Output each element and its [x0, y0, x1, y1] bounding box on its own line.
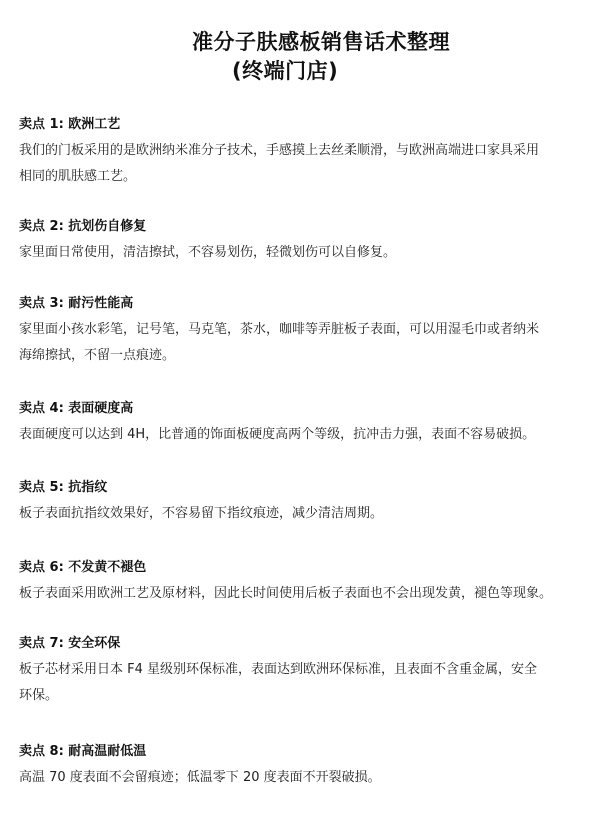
body-line: 我们的门板采用的是欧洲纳米准分子技术，手感摸上去丝柔顺滑，与欧洲高端进口家具采用	[19, 138, 599, 164]
selling-point-4: 卖点 4: 表面硬度高 表面硬度可以达到 4H，比普通的饰面板硬度高两个等级，抗…	[19, 398, 599, 448]
selling-point-body: 板子芯材采用日本 F4 星级别环保标准，表面达到欧洲环保标准，且表面不含重金属，…	[19, 657, 599, 709]
selling-point-heading: 卖点 8: 耐高温耐低温	[19, 741, 599, 763]
selling-point-body: 我们的门板采用的是欧洲纳米准分子技术，手感摸上去丝柔顺滑，与欧洲高端进口家具采用…	[19, 138, 599, 190]
body-line: 相同的肌肤感工艺。	[19, 164, 599, 190]
body-line: 海绵擦拭，不留一点痕迹。	[19, 343, 599, 369]
selling-point-body: 板子表面抗指纹效果好，不容易留下指纹痕迹，减少清洁周期。	[19, 501, 599, 527]
selling-point-heading: 卖点 7: 安全环保	[19, 633, 599, 655]
body-line: 环保。	[19, 683, 599, 709]
document-title: 准分子肤感板销售话术整理	[192, 26, 450, 56]
selling-point-6: 卖点 6: 不发黄不褪色 板子表面采用欧洲工艺及原材料，因此长时间使用后板子表面…	[19, 557, 599, 607]
body-line: 板子表面抗指纹效果好，不容易留下指纹痕迹，减少清洁周期。	[19, 501, 599, 527]
selling-point-body: 家里面小孩水彩笔，记号笔，马克笔，茶水，咖啡等弄脏板子表面，可以用湿毛巾或者纳米…	[19, 317, 599, 369]
selling-point-body: 高温 70 度表面不会留痕迹；低温零下 20 度表面不开裂破损。	[19, 765, 599, 791]
selling-point-body: 表面硬度可以达到 4H，比普通的饰面板硬度高两个等级，抗冲击力强，表面不容易破损…	[19, 422, 599, 448]
selling-point-5: 卖点 5: 抗指纹 板子表面抗指纹效果好，不容易留下指纹痕迹，减少清洁周期。	[19, 477, 599, 527]
body-line: 表面硬度可以达到 4H，比普通的饰面板硬度高两个等级，抗冲击力强，表面不容易破损…	[19, 422, 599, 448]
selling-point-heading: 卖点 3: 耐污性能高	[19, 293, 599, 315]
selling-point-1: 卖点 1: 欧洲工艺 我们的门板采用的是欧洲纳米准分子技术，手感摸上去丝柔顺滑，…	[19, 114, 599, 190]
selling-point-8: 卖点 8: 耐高温耐低温 高温 70 度表面不会留痕迹；低温零下 20 度表面不…	[19, 741, 599, 791]
selling-point-body: 家里面日常使用，清洁擦拭，不容易划伤，轻微划伤可以自修复。	[19, 240, 599, 266]
document-subtitle: (终端门店)	[232, 55, 338, 85]
selling-point-heading: 卖点 2: 抗划伤自修复	[19, 216, 599, 238]
body-line: 板子芯材采用日本 F4 星级别环保标准，表面达到欧洲环保标准，且表面不含重金属，…	[19, 657, 599, 683]
selling-point-7: 卖点 7: 安全环保 板子芯材采用日本 F4 星级别环保标准，表面达到欧洲环保标…	[19, 633, 599, 709]
selling-point-heading: 卖点 1: 欧洲工艺	[19, 114, 599, 136]
selling-point-heading: 卖点 6: 不发黄不褪色	[19, 557, 599, 579]
selling-point-3: 卖点 3: 耐污性能高 家里面小孩水彩笔，记号笔，马克笔，茶水，咖啡等弄脏板子表…	[19, 293, 599, 369]
selling-point-heading: 卖点 5: 抗指纹	[19, 477, 599, 499]
body-line: 板子表面采用欧洲工艺及原材料，因此长时间使用后板子表面也不会出现发黄，褪色等现象…	[19, 581, 599, 607]
body-line: 家里面小孩水彩笔，记号笔，马克笔，茶水，咖啡等弄脏板子表面，可以用湿毛巾或者纳米	[19, 317, 599, 343]
selling-point-heading: 卖点 4: 表面硬度高	[19, 398, 599, 420]
body-line: 高温 70 度表面不会留痕迹；低温零下 20 度表面不开裂破损。	[19, 765, 599, 791]
selling-point-body: 板子表面采用欧洲工艺及原材料，因此长时间使用后板子表面也不会出现发黄，褪色等现象…	[19, 581, 599, 607]
body-line: 家里面日常使用，清洁擦拭，不容易划伤，轻微划伤可以自修复。	[19, 240, 599, 266]
selling-point-2: 卖点 2: 抗划伤自修复 家里面日常使用，清洁擦拭，不容易划伤，轻微划伤可以自修…	[19, 216, 599, 266]
